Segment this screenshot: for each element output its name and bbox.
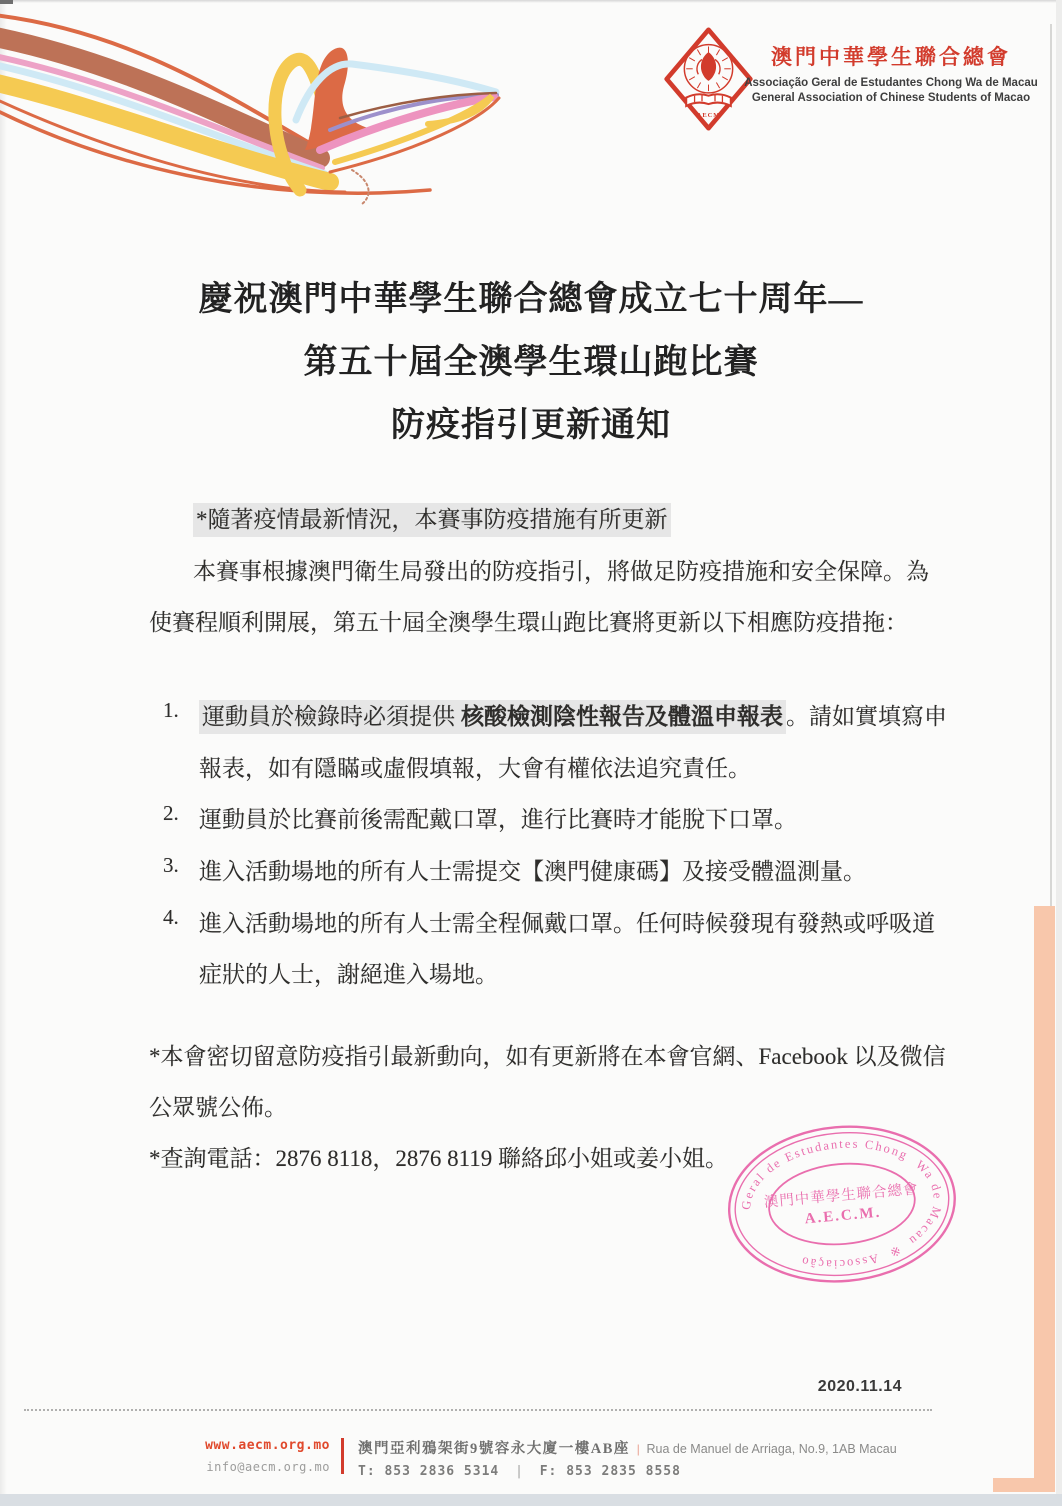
intro-highlight-line: *隨著疫情最新情況，本賽事防疫措施有所更新 — [193, 501, 671, 534]
scan-edge-bottom — [0, 1494, 1062, 1506]
phone-number: T: 853 2836 5314 — [358, 1464, 499, 1479]
footer-phone-row: T: 853 2836 5314 | F: 853 2835 8558 — [358, 1464, 897, 1479]
list-item-1-number: 1. — [163, 698, 179, 723]
note-line-3: *查詢電話：2876 8118，2876 8119 聯絡邱小姐或姜小姐。 — [149, 1140, 728, 1173]
list-item-1-highlight-bold: 核酸檢測陰性報告及體溫申報表 — [458, 700, 786, 734]
address-cn: 澳門亞利鴉架街9號容永大廈一樓AB座 — [358, 1441, 630, 1457]
list-item-2: 2. 運動員於比賽前後需配戴口罩，進行比賽時才能脫下口罩。 — [199, 801, 797, 834]
list-item-4-text-1: 進入活動場地的所有人士需全程佩戴口罩。任何時候發現有發熱或呼吸道 — [199, 911, 935, 936]
note-line-1: *本會密切留意防疫指引最新動向，如有更新將在本會官網、Facebook 以及微信 — [149, 1038, 946, 1071]
title-line-3: 防疫指引更新通知 — [10, 394, 1052, 457]
scan-corner-mark — [0, 0, 13, 4]
ribbon-swirl-graphic — [0, 0, 1062, 230]
document-title: 慶祝澳門中華學生聯合總會成立七十周年— 第五十屆全澳學生環山跑比賽 防疫指引更新… — [10, 268, 1052, 457]
list-item-1-line-1: 1. 運動員於檢錄時必須提供核酸檢測陰性報告及體溫申報表。請如實填寫申 — [199, 698, 947, 731]
list-item-3-number: 3. — [163, 853, 179, 878]
logo-abbr-text: AECM — [697, 112, 721, 119]
list-item-2-text: 運動員於比賽前後需配戴口罩，進行比賽時才能脫下口罩。 — [199, 807, 797, 832]
list-item-3: 3. 進入活動場地的所有人士需提交【澳門健康碼】及接受體溫測量。 — [199, 853, 866, 886]
scanned-notice-page: AECM 澳門中華學生聯合總會 Associação Geral de Estu… — [0, 0, 1062, 1506]
association-stamp: Geral de Estudantes Chong Wa de Macau ※ … — [683, 1099, 1003, 1310]
org-name-pt: Associação Geral de Estudantes Chong Wa … — [742, 76, 1040, 90]
list-item-4-line-2: 症狀的人士，謝絕進入場地。 — [199, 956, 498, 989]
document-date: 2020.11.14 — [690, 1378, 902, 1396]
list-item-4-line-1: 4. 進入活動場地的所有人士需全程佩戴口罩。任何時候發現有發熱或呼吸道 — [199, 905, 935, 938]
email-link: info@aecm.org.mo — [140, 1460, 330, 1474]
intro-paragraph-line-1: 本賽事根據澳門衛生局發出的防疫指引，將做足防疫措施和安全保障。為 — [193, 553, 929, 586]
address-en: Rua de Manuel de Arriaga, No.9, 1AB Maca… — [647, 1442, 897, 1456]
address-separator: | — [637, 1441, 640, 1456]
list-item-1-highlight: 運動員於檢錄時必須提供 — [199, 700, 458, 734]
letterhead-corner-bar — [993, 1478, 1055, 1492]
stamp-inner-abbr: A.E.C.M. — [804, 1205, 882, 1228]
phone-separator: | — [515, 1464, 524, 1479]
intro-paragraph-line-2: 使賽程順利開展，第五十屆全澳學生環山跑比賽將更新以下相應防疫措拖： — [149, 604, 908, 637]
letterhead-org-block: 澳門中華學生聯合總會 Associação Geral de Estudante… — [742, 41, 1040, 105]
fax-number: F: 853 2835 8558 — [540, 1464, 681, 1479]
stamp-inner-cn: 澳門中華學生聯合總會 — [763, 1180, 919, 1210]
footer-dotted-rule — [24, 1409, 932, 1411]
intro-highlight-text: *隨著疫情最新情況，本賽事防疫措施有所更新 — [193, 503, 671, 537]
footer-contact-left: www.aecm.org.mo info@aecm.org.mo — [140, 1438, 330, 1474]
list-item-3-text: 進入活動場地的所有人士需提交【澳門健康碼】及接受體溫測量。 — [199, 859, 866, 884]
footer-address-row: 澳門亞利鴉架街9號容永大廈一樓AB座|Rua de Manuel de Arri… — [358, 1437, 897, 1458]
note-line-2: 公眾號公佈。 — [149, 1089, 287, 1122]
title-line-1: 慶祝澳門中華學生聯合總會成立七十周年— — [10, 268, 1052, 331]
org-name-en: General Association of Chinese Students … — [742, 91, 1040, 105]
footer-address-block: 澳門亞利鴉架街9號容永大廈一樓AB座|Rua de Manuel de Arri… — [358, 1437, 897, 1479]
website-link: www.aecm.org.mo — [140, 1438, 330, 1453]
letterhead-side-bar — [1034, 906, 1055, 1492]
list-item-4-number: 4. — [163, 905, 179, 930]
org-name-cn: 澳門中華學生聯合總會 — [742, 41, 1040, 71]
list-item-1-line-2: 報表，如有隱瞞或虛假填報，大會有權依法追究責任。 — [199, 750, 751, 783]
scan-page-edge-line — [1050, 24, 1052, 906]
footer-divider — [341, 1438, 344, 1474]
scan-edge-top — [0, 0, 1062, 3]
list-item-2-number: 2. — [163, 801, 179, 826]
list-item-1-rest: 。請如實填寫申 — [786, 704, 947, 729]
title-line-2: 第五十屆全澳學生環山跑比賽 — [10, 331, 1052, 394]
scan-edge-left — [0, 0, 7, 1506]
scan-edge-right — [1056, 0, 1062, 1506]
